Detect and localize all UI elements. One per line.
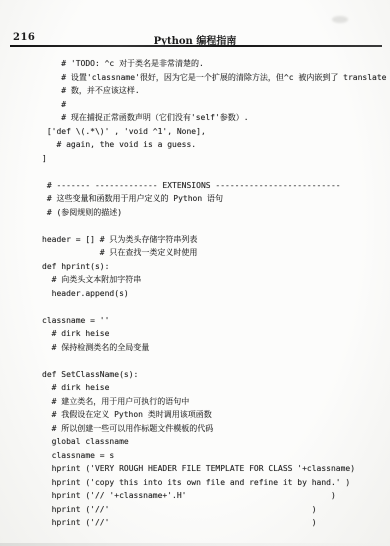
code-listing: # 'TODO: ^c 对于类名是非常清楚的. # 设置'classname'很… — [42, 57, 388, 530]
code-line: # 数，并不应该这样. — [42, 84, 388, 98]
code-line: # 'TODO: ^c 对于类名是非常清楚的. — [42, 57, 388, 71]
code-line: header.append(s) — [42, 287, 388, 301]
code-line: # 现在捕捉正常函数声明（它们没有'self'参数）. — [42, 111, 388, 125]
code-line: global classname — [42, 435, 388, 449]
code-line: # 所以创建一些可以用作标题文件模板的代码 — [42, 422, 388, 436]
code-line: # 建立类名，用于用户可执行的语句中 — [42, 395, 388, 409]
code-line: # 设置'classname'很好，因为它是一个扩展的清除方法，但^c 被内嵌到… — [42, 71, 388, 85]
code-line: # dirk heise — [42, 327, 388, 341]
code-line: hprint ('//' ) — [42, 503, 388, 517]
code-line: classname = '' — [42, 314, 388, 328]
code-line: # 我假设在定义 Python 类时调用该项函数 — [42, 408, 388, 422]
code-line: # 保持检测类名的全局变量 — [42, 341, 388, 355]
code-line — [42, 300, 388, 314]
code-line: hprint ('//' ) — [42, 516, 388, 530]
code-line: # 这些变量和函数用于用户定义的 Python 语句 — [42, 192, 388, 206]
code-line: # again, the void is a guess. — [42, 138, 388, 152]
scan-smudge — [332, 16, 348, 23]
book-page: 216 Python 编程指南 # 'TODO: ^c 对于类名是非常清楚的. … — [0, 0, 390, 546]
code-line: # dirk heise — [42, 381, 388, 395]
code-line: header = [] # 只为类头存储字符串列表 — [42, 233, 388, 247]
code-line: hprint ('copy this into its own file and… — [42, 476, 388, 490]
code-line: # (参阅规则的描述) — [42, 206, 388, 220]
code-line: ] — [42, 152, 388, 166]
code-line — [42, 165, 388, 179]
code-line: # ------- ------------- EXTENSIONS -----… — [42, 179, 388, 193]
code-line — [42, 354, 388, 368]
code-line: ['def \(.*\)' , 'void ^1', None], — [42, 125, 388, 139]
code-line — [42, 219, 388, 233]
code-line: # 向类头文本附加字符串 — [42, 273, 388, 287]
code-line: # 只在查找一类定义时使用 — [42, 246, 388, 260]
header-rule — [10, 45, 382, 47]
code-line: classname = s — [42, 449, 388, 463]
code-line: # — [42, 98, 388, 112]
code-line: hprint ('VERY ROUGH HEADER FILE TEMPLATE… — [42, 462, 388, 476]
code-line: def SetClassName(s): — [42, 368, 388, 382]
code-line: hprint ('// '+classname+'.H' ) — [42, 489, 388, 503]
code-line: def hprint(s): — [42, 260, 388, 274]
